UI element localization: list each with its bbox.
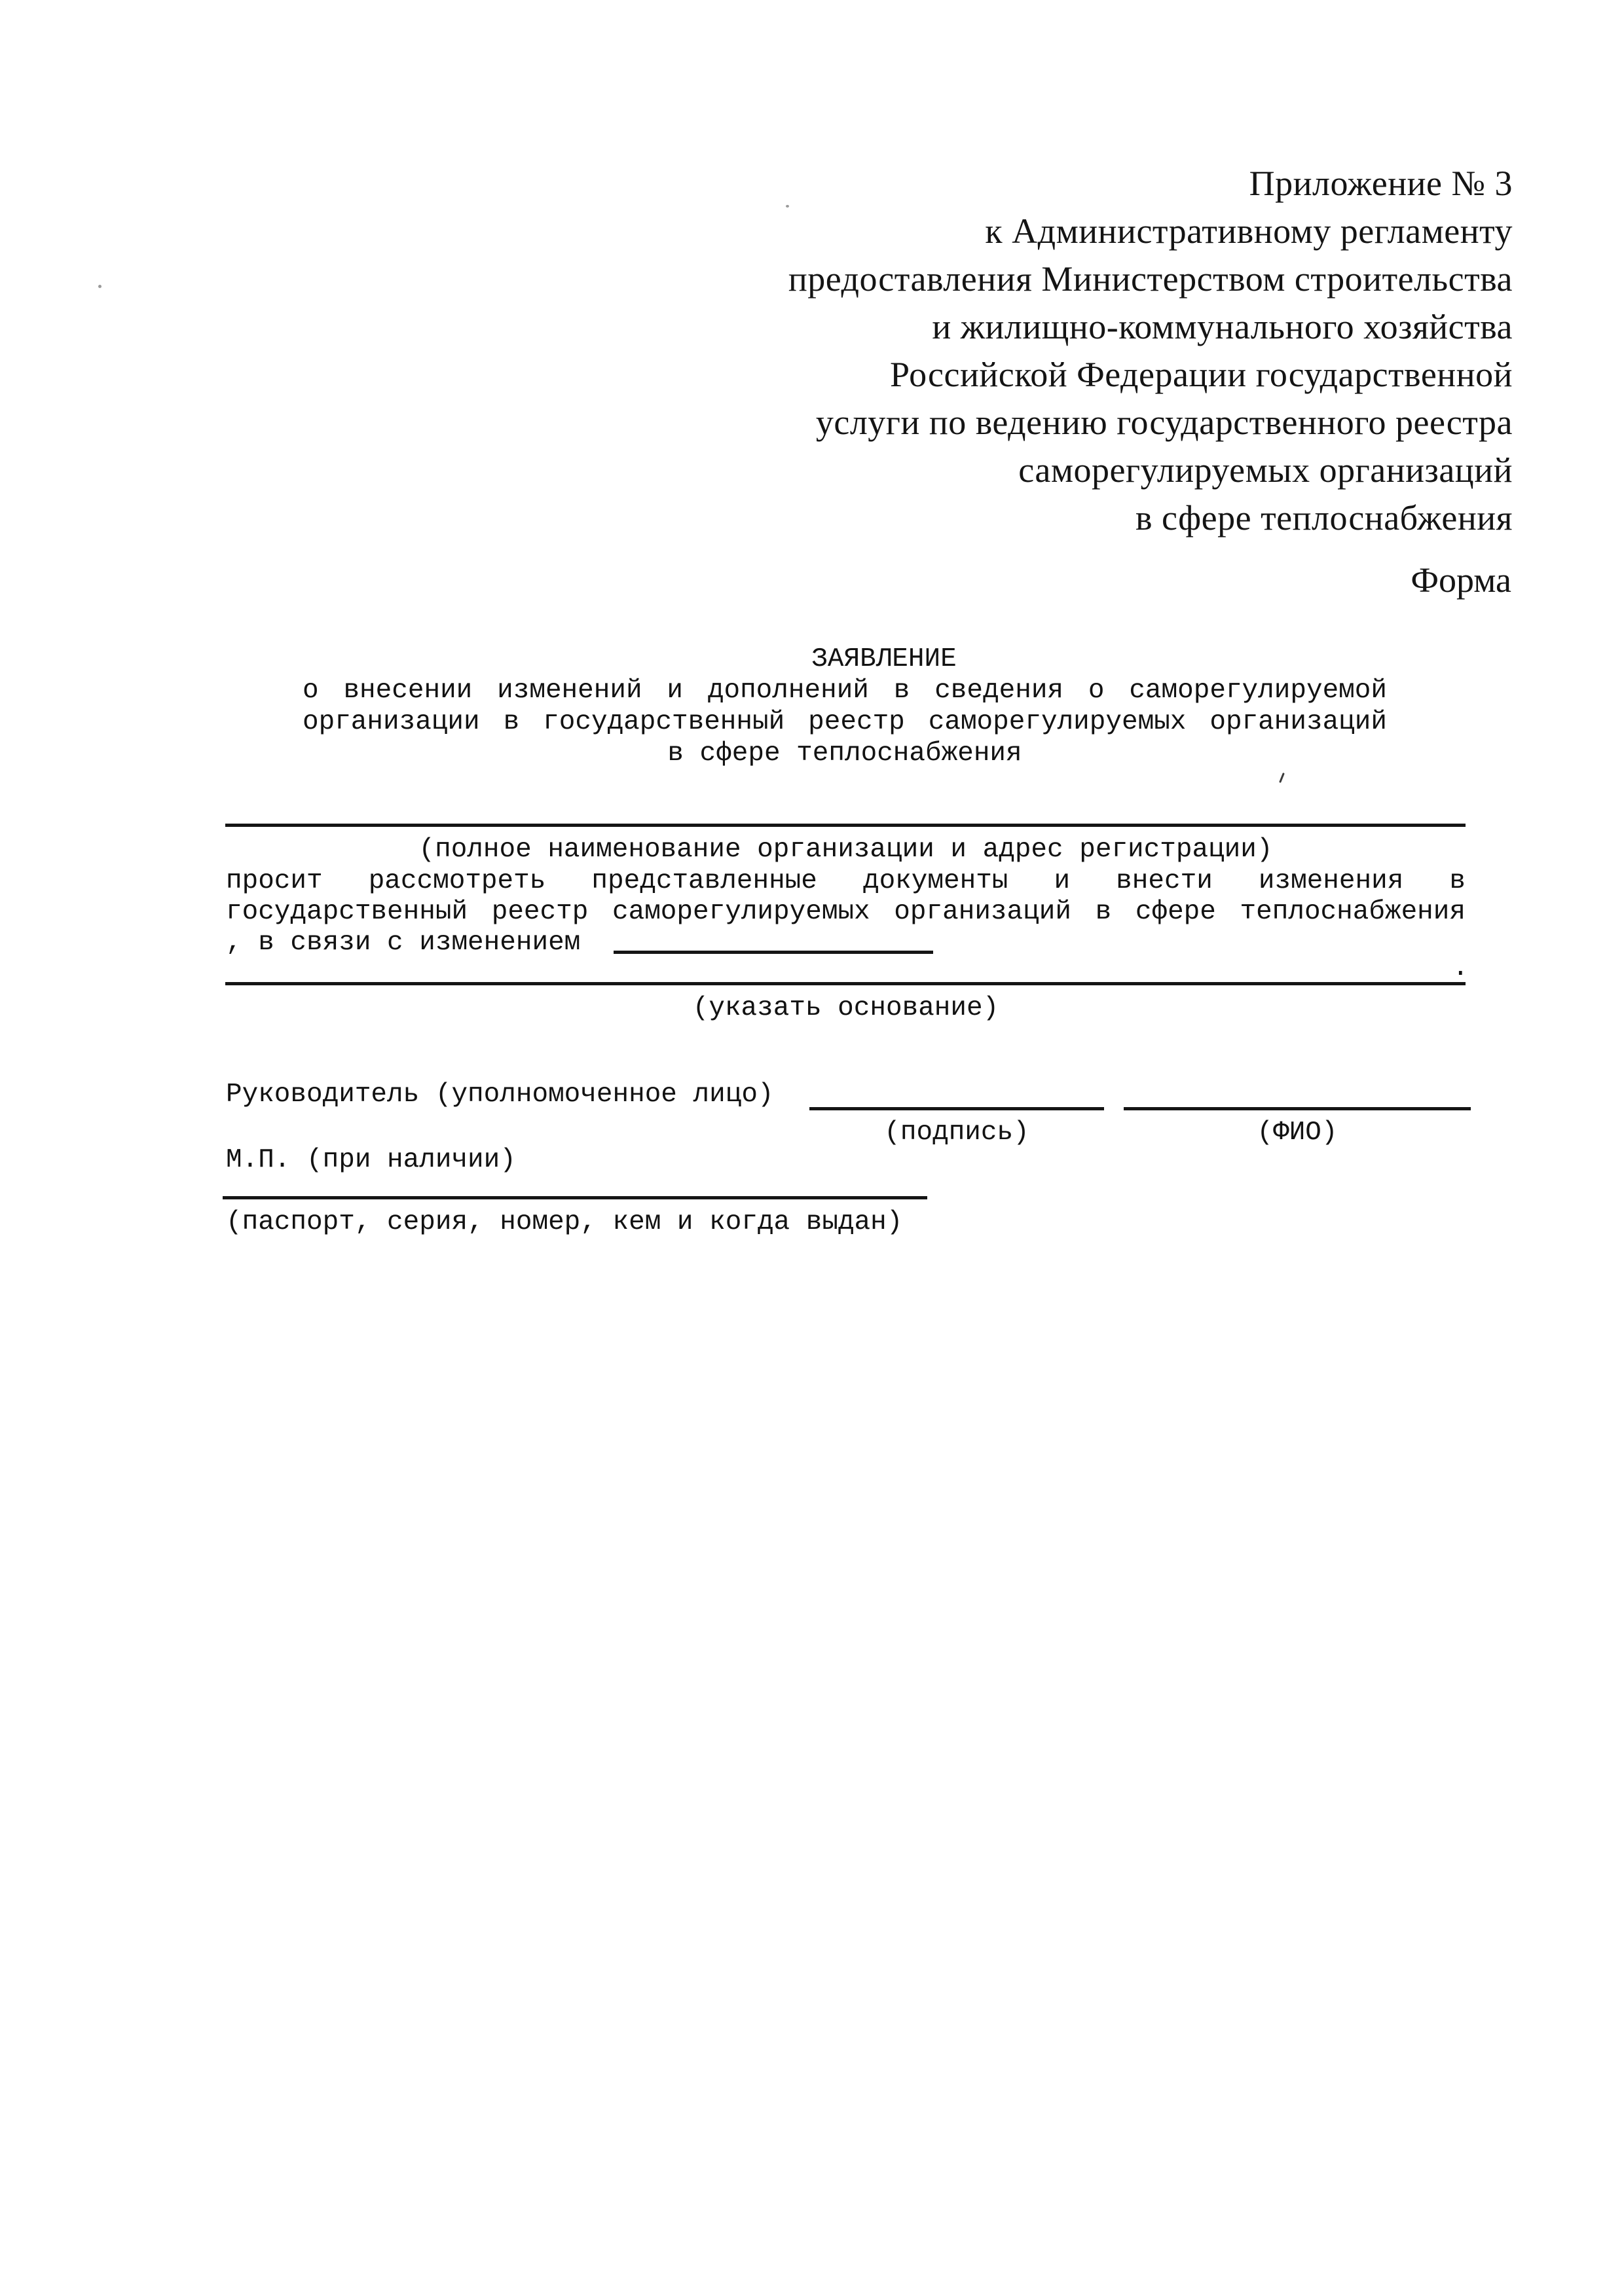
scan-artifact [98, 285, 101, 288]
org-name-blank-line [225, 824, 1466, 827]
signature-blank-line [809, 1107, 1104, 1110]
signature-caption: (подпись) [809, 1117, 1104, 1148]
change-reason-blank-line [614, 951, 933, 954]
org-name-caption: (полное наименование организации и адрес… [226, 834, 1466, 866]
application-subtitle-line: в сфере теплоснабжения [303, 738, 1387, 769]
request-text-line: государственный реестр саморегулируемых … [226, 896, 1466, 928]
appendix-line: Российской Федерации государственной [788, 351, 1513, 399]
appendix-line: предоставления Министерством строительст… [788, 255, 1513, 303]
appendix-line: и жилищно-коммунального хозяйства [788, 303, 1513, 351]
passport-blank-line [223, 1196, 927, 1199]
scan-artifact [786, 205, 789, 208]
fio-blank-line [1124, 1107, 1471, 1110]
scan-artifact [1279, 773, 1285, 783]
document-page: Приложение № 3 к Административному регла… [0, 0, 1624, 2296]
basis-blank-line [225, 982, 1466, 985]
request-text-line: просит рассмотреть представленные докуме… [226, 866, 1466, 897]
application-title-block: ЗАЯВЛЕНИЕ о внесении изменений и дополне… [303, 644, 1387, 769]
application-title: ЗАЯВЛЕНИЕ [342, 644, 1426, 675]
appendix-line: в сфере теплоснабжения [788, 494, 1513, 542]
basis-caption: (указать основание) [226, 993, 1466, 1024]
appendix-line: саморегулируемых организаций [788, 446, 1513, 494]
stamp-label: М.П. (при наличии) [226, 1144, 516, 1176]
form-label: Форма [1411, 562, 1511, 598]
fio-caption: (ФИО) [1124, 1117, 1471, 1148]
appendix-line: к Административному регламенту [788, 208, 1513, 255]
passport-caption: (паспорт, серия, номер, кем и когда выда… [226, 1207, 902, 1238]
head-signatory-label: Руководитель (уполномоченное лицо) [226, 1079, 774, 1110]
application-subtitle-line: организации в государственный реестр сам… [303, 706, 1387, 738]
application-subtitle-line: о внесении изменений и дополнений в свед… [303, 675, 1387, 706]
appendix-line: услуги по ведению государственного реест… [788, 399, 1513, 446]
sentence-period: . [1452, 953, 1469, 984]
appendix-line: Приложение № 3 [788, 160, 1513, 208]
appendix-header: Приложение № 3 к Административному регла… [788, 160, 1513, 542]
